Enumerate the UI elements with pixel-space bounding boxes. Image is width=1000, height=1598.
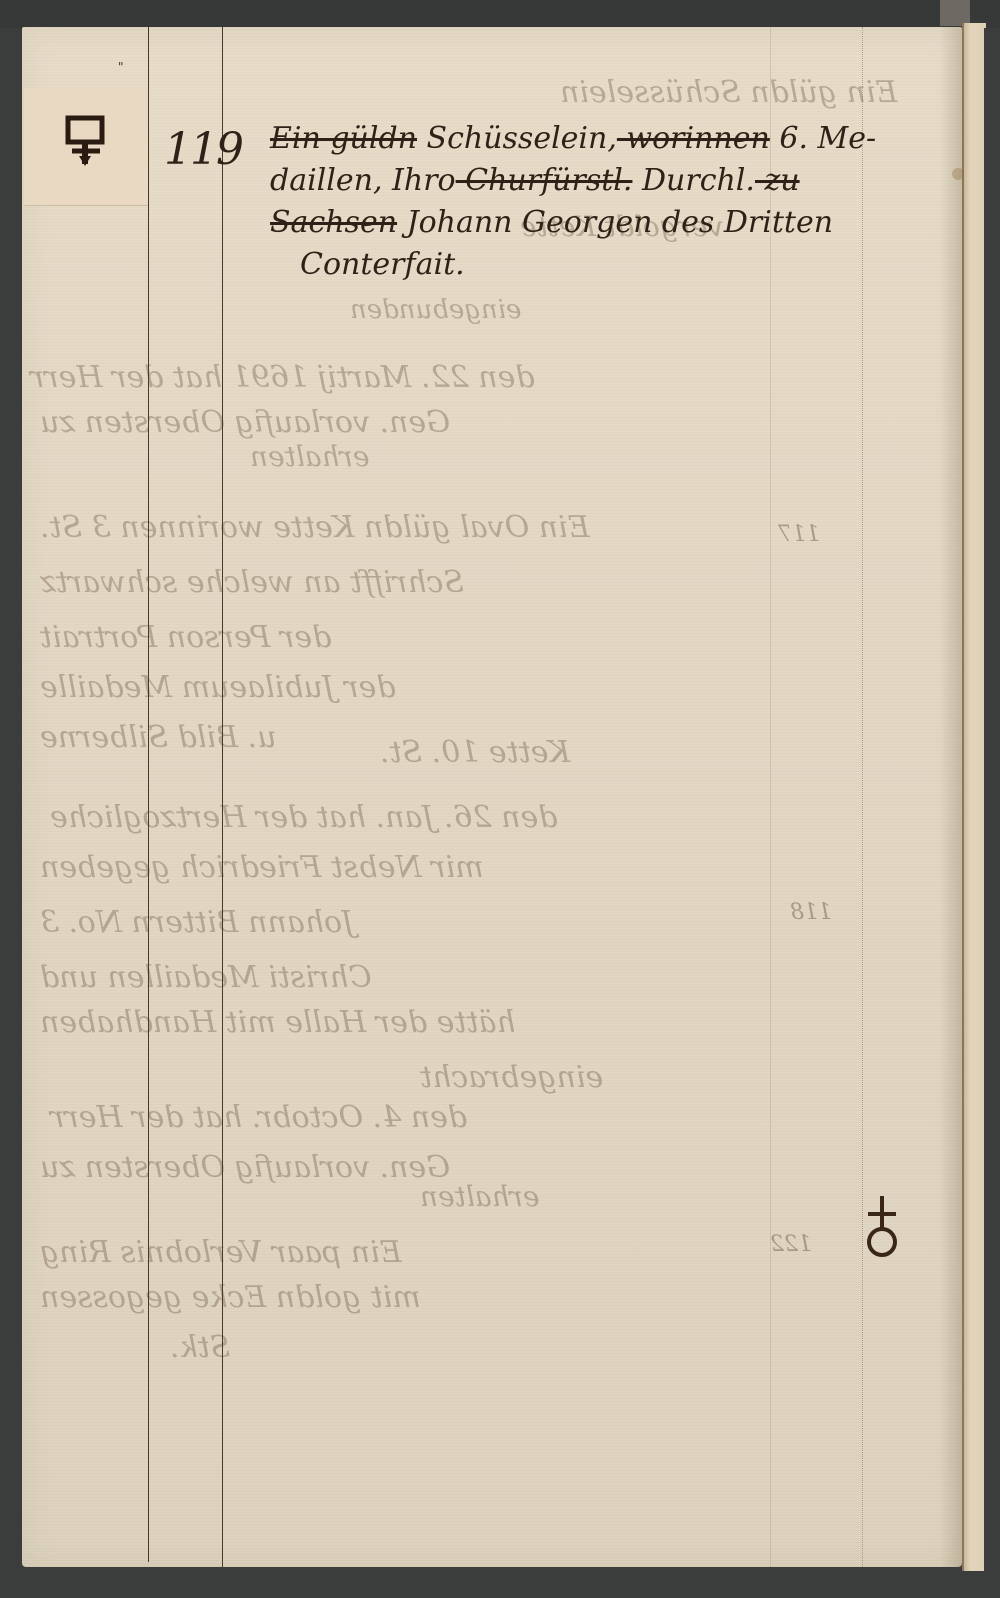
scan-background-top [0, 0, 1000, 28]
bleed-through-line: der Person Portrait [40, 620, 331, 655]
bleed-through-line: erhalten [420, 1180, 540, 1213]
struck-text: Churfürstl. [456, 163, 633, 198]
alchemical-symbol-icon [862, 1192, 902, 1262]
entry-line-3: Sachsen Johann Georgen des Dritten [270, 202, 960, 244]
entry-text: 6. Me- [770, 121, 876, 156]
struck-text: worinnen [617, 121, 770, 156]
bleed-through-line: Christi Medaillen und [40, 960, 372, 995]
struck-text: zu [755, 163, 800, 198]
bleed-through-line: eingebunden [350, 295, 521, 325]
entry-text: daillen, Ihro [270, 163, 456, 198]
entry-text: Durchl. [632, 163, 755, 198]
entry-description: Ein güldn Schüsselein, worinnen 6. Me- d… [270, 118, 960, 286]
bleed-through-line: u. Bild Silberne [40, 720, 276, 755]
bleed-through-line: eingebracht [420, 1060, 603, 1095]
entry-line-1: Ein güldn Schüsselein, worinnen 6. Me- [270, 118, 960, 160]
adjacent-page-edge [962, 23, 986, 1571]
margin-rule-left [148, 27, 149, 1562]
bleed-through-number: 122 [770, 1232, 812, 1257]
struck-text: Sachsen [270, 205, 397, 240]
mirror-stand-icon [62, 112, 112, 172]
bleed-through-line: Gen. vorlaufig Obersten zu [40, 1150, 450, 1185]
bleed-through-line: Ein paar Verlobnis Ring [40, 1235, 402, 1270]
margin-mark: " [118, 60, 124, 74]
margin-rule-right [222, 27, 223, 1567]
entry-number: 119 [164, 124, 242, 175]
paper-stain [952, 168, 964, 180]
bleed-through-line: hätte der Halle mit Handhaben [40, 1005, 516, 1040]
bleed-through-line: der Jubilaeum Medaille [40, 670, 396, 705]
bleed-through-line: Ein güldn Schüsselein [560, 75, 897, 110]
bleed-through-line: den 22. Martij 1691 hat der Herr [30, 360, 535, 395]
bleed-through-line: Gen. vorlaufig Obersten zu [40, 405, 450, 440]
bleed-through-line: mir Nebst Friedrich gegeben [40, 850, 484, 885]
bleed-through-line: den 26. Jan. hat der Hertzogliche [50, 800, 557, 835]
struck-text: Ein güldn [270, 121, 417, 156]
entry-line-2: daillen, Ihro Churfürstl. Durchl. zu [270, 160, 960, 202]
entry-text: Conterfait. [300, 247, 465, 282]
bleed-through-number: 118 [790, 900, 832, 925]
bleed-through-line: mit goldn Ecke gegossen [40, 1280, 421, 1315]
bleed-through-line: Schrifft an welche schwartz [40, 565, 464, 600]
bleed-through-line: den 4. Octobr. hat der Herr [50, 1100, 467, 1135]
entry-text: Schüsselein, [417, 121, 617, 156]
scan-background-right [984, 28, 1000, 1598]
entry-line-4: Conterfait. [270, 244, 960, 286]
bleed-through-line: Ein Oval güldn Kette worinnen 3 St. [40, 510, 590, 545]
bleed-through-line: Johann Bittern No. 3 [40, 905, 354, 940]
entry-text: Johann Georgen des Dritten [397, 205, 833, 240]
bleed-through-line: Kette 10. St. [380, 735, 570, 770]
bleed-through-number: 117 [778, 522, 820, 547]
bleed-through-line: erhalten [250, 440, 370, 473]
